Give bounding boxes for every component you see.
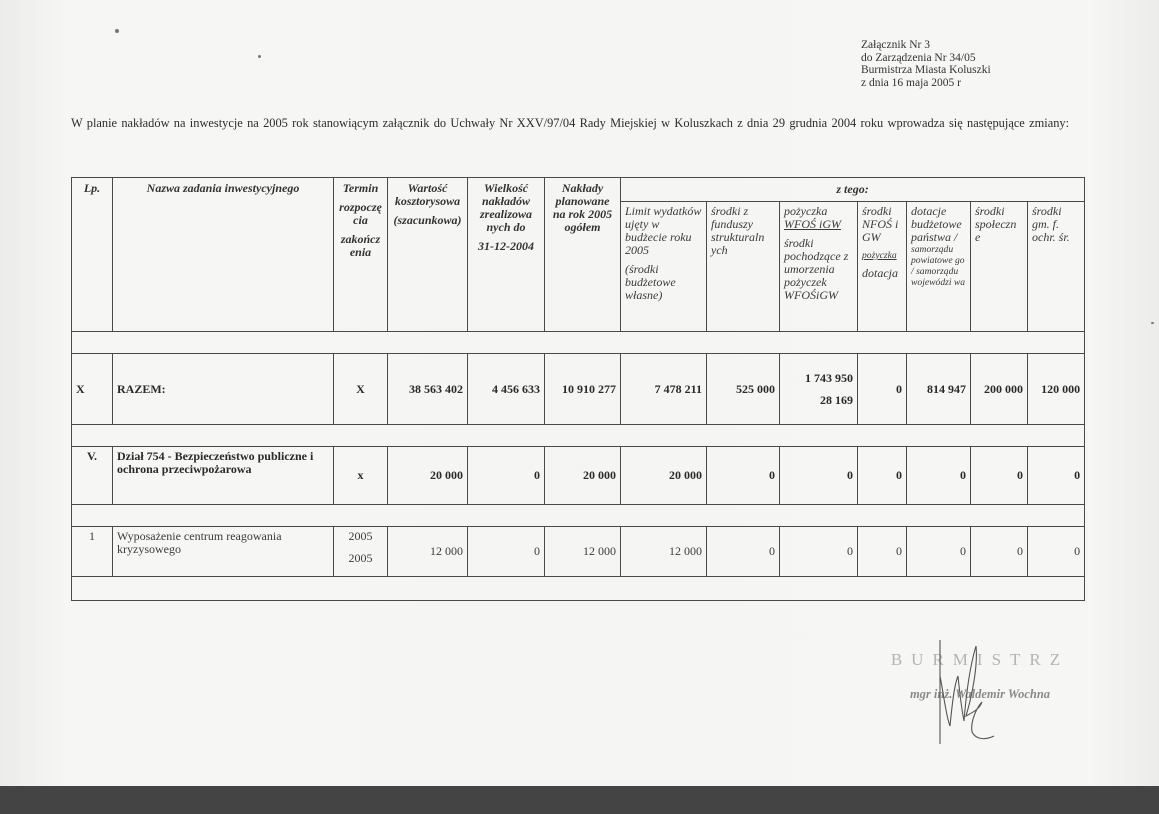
col-header-nazwa: Nazwa zadania inwestycyjnego xyxy=(113,178,334,332)
header-text: Limit wydatków ujęty w budżecie roku 200… xyxy=(625,205,702,257)
cell-fundusze: 0 xyxy=(707,527,780,577)
cell-pozyczka: 0 xyxy=(780,527,858,577)
cell-pozyczka: 1 743 950 28 169 xyxy=(780,354,858,425)
table-row-total: X RAZEM: X 38 563 402 4 456 633 10 910 2… xyxy=(72,354,1085,425)
header-text: dotacja xyxy=(862,267,902,280)
annex-line: Burmistrza Miasta Koluszki xyxy=(861,64,991,77)
cell-naklady: 20 000 xyxy=(545,447,621,505)
header-text: środki NFOŚ i GW xyxy=(862,205,902,244)
header-text: WFOŚ iGW xyxy=(784,218,853,231)
col-header-wielkosc: Wielkość nakładów zrealizowa nych do 31-… xyxy=(468,178,545,332)
col-header-naklady: Nakłady planowane na rok 2005 ogółem xyxy=(545,178,621,332)
spacer-row xyxy=(72,332,1085,354)
cell-limit: 20 000 xyxy=(621,447,707,505)
cell-nfos: 0 xyxy=(858,354,907,425)
cell-termin: x xyxy=(334,447,388,505)
annex-header: Załącznik Nr 3 do Zarządzenia Nr 34/05 B… xyxy=(861,39,991,89)
cell-gm: 0 xyxy=(1028,447,1085,505)
col-header-wartosc: Wartość kosztorysowa (szacunkowa) xyxy=(388,178,468,332)
handwritten-signature-icon xyxy=(920,636,1000,746)
cell-wielkosc: 4 456 633 xyxy=(468,354,545,425)
cell-wartosc: 38 563 402 xyxy=(388,354,468,425)
cell-nazwa: Wyposażenie centrum reagowania kryzysowe… xyxy=(113,527,334,577)
header-text: pożyczka xyxy=(862,250,902,261)
cell-limit: 12 000 xyxy=(621,527,707,577)
col-header-nfos: środki NFOŚ i GW pożyczka dotacja xyxy=(858,202,907,332)
cell-gm: 0 xyxy=(1028,527,1085,577)
cell-value: 28 169 xyxy=(784,394,853,407)
cell-gm: 120 000 xyxy=(1028,354,1085,425)
header-text: Nakłady planowane na rok 2005 ogółem xyxy=(549,182,616,234)
scanned-page: Załącznik Nr 3 do Zarządzenia Nr 34/05 B… xyxy=(0,0,1159,786)
cell-lp: V. xyxy=(72,447,113,505)
col-header-pozyczka: pożyczka WFOŚ iGW środki pochodzące z um… xyxy=(780,202,858,332)
cell-lp: 1 xyxy=(72,527,113,577)
header-text: rozpoczę cia xyxy=(338,201,383,227)
header-text: samorządu powiatowe go / samorządu wojew… xyxy=(911,244,966,288)
header-row: Lp. Nazwa zadania inwestycyjnego Termin … xyxy=(72,178,1085,202)
cell-naklady: 10 910 277 xyxy=(545,354,621,425)
scan-speck xyxy=(258,55,261,58)
cell-termin: X xyxy=(334,354,388,425)
cell-dotacje: 0 xyxy=(907,527,971,577)
header-text: dotacje budżetowe państwa / xyxy=(911,205,966,244)
scan-speck xyxy=(115,29,119,33)
annex-line: Załącznik Nr 3 xyxy=(861,39,991,52)
col-header-dotacje: dotacje budżetowe państwa / samorządu po… xyxy=(907,202,971,332)
cell-nazwa: Dział 754 - Bezpieczeństwo publiczne i o… xyxy=(113,447,334,505)
scanner-edge xyxy=(0,786,1159,814)
cell-nfos: 0 xyxy=(858,447,907,505)
col-header-fundusze: środki z funduszy strukturaln ych xyxy=(707,202,780,332)
cell-wartosc: 20 000 xyxy=(388,447,468,505)
cell-limit: 7 478 211 xyxy=(621,354,707,425)
cell-dotacje: 0 xyxy=(907,447,971,505)
col-header-z-tego: z tego: xyxy=(621,178,1085,202)
cell-value: 2005 xyxy=(338,552,383,565)
header-text: 31-12-2004 xyxy=(472,240,540,253)
col-header-lp: Lp. xyxy=(72,178,113,332)
cell-lp: X xyxy=(72,354,113,425)
header-text: Wartość kosztorysowa xyxy=(392,182,463,208)
table-row-section: V. Dział 754 - Bezpieczeństwo publiczne … xyxy=(72,447,1085,505)
cell-value: 2005 xyxy=(338,530,383,543)
cell-dotacje: 814 947 xyxy=(907,354,971,425)
cell-wielkosc: 0 xyxy=(468,447,545,505)
scan-speck xyxy=(1151,322,1154,324)
intro-paragraph: W planie nakładów na inwestycje na 2005 … xyxy=(71,116,1086,131)
annex-line: do Zarządzenia Nr 34/05 xyxy=(861,52,991,65)
investment-table: Lp. Nazwa zadania inwestycyjnego Termin … xyxy=(71,177,1085,601)
spacer-row xyxy=(72,577,1085,601)
cell-fundusze: 525 000 xyxy=(707,354,780,425)
header-text: (szacunkowa) xyxy=(392,214,463,227)
cell-nfos: 0 xyxy=(858,527,907,577)
header-text: zakończ enia xyxy=(338,233,383,259)
cell-termin: 2005 2005 xyxy=(334,527,388,577)
annex-line: z dnia 16 maja 2005 r xyxy=(861,77,991,90)
table-row: 1 Wyposażenie centrum reagowania kryzyso… xyxy=(72,527,1085,577)
spacer-row xyxy=(72,425,1085,447)
cell-fundusze: 0 xyxy=(707,447,780,505)
header-text: Termin xyxy=(338,182,383,195)
header-text: Wielkość nakładów zrealizowa nych do xyxy=(472,182,540,234)
cell-spoleczne: 0 xyxy=(971,527,1028,577)
cell-spoleczne: 0 xyxy=(971,447,1028,505)
cell-pozyczka: 0 xyxy=(780,447,858,505)
col-header-spoleczne: środki społeczn e xyxy=(971,202,1028,332)
spacer-row xyxy=(72,505,1085,527)
cell-spoleczne: 200 000 xyxy=(971,354,1028,425)
header-text: środki pochodzące z umorzenia pożyczek W… xyxy=(784,237,853,302)
cell-naklady: 12 000 xyxy=(545,527,621,577)
col-header-limit: Limit wydatków ujęty w budżecie roku 200… xyxy=(621,202,707,332)
cell-wartosc: 12 000 xyxy=(388,527,468,577)
cell-nazwa: RAZEM: xyxy=(113,354,334,425)
header-text: środki z funduszy strukturaln ych xyxy=(711,205,775,257)
cell-value: 1 743 950 xyxy=(784,372,853,385)
cell-wielkosc: 0 xyxy=(468,527,545,577)
col-header-gm: środki gm. f. ochr. śr. xyxy=(1028,202,1085,332)
header-text: (środki budżetowe własne) xyxy=(625,263,702,302)
col-header-termin: Termin rozpoczę cia zakończ enia xyxy=(334,178,388,332)
